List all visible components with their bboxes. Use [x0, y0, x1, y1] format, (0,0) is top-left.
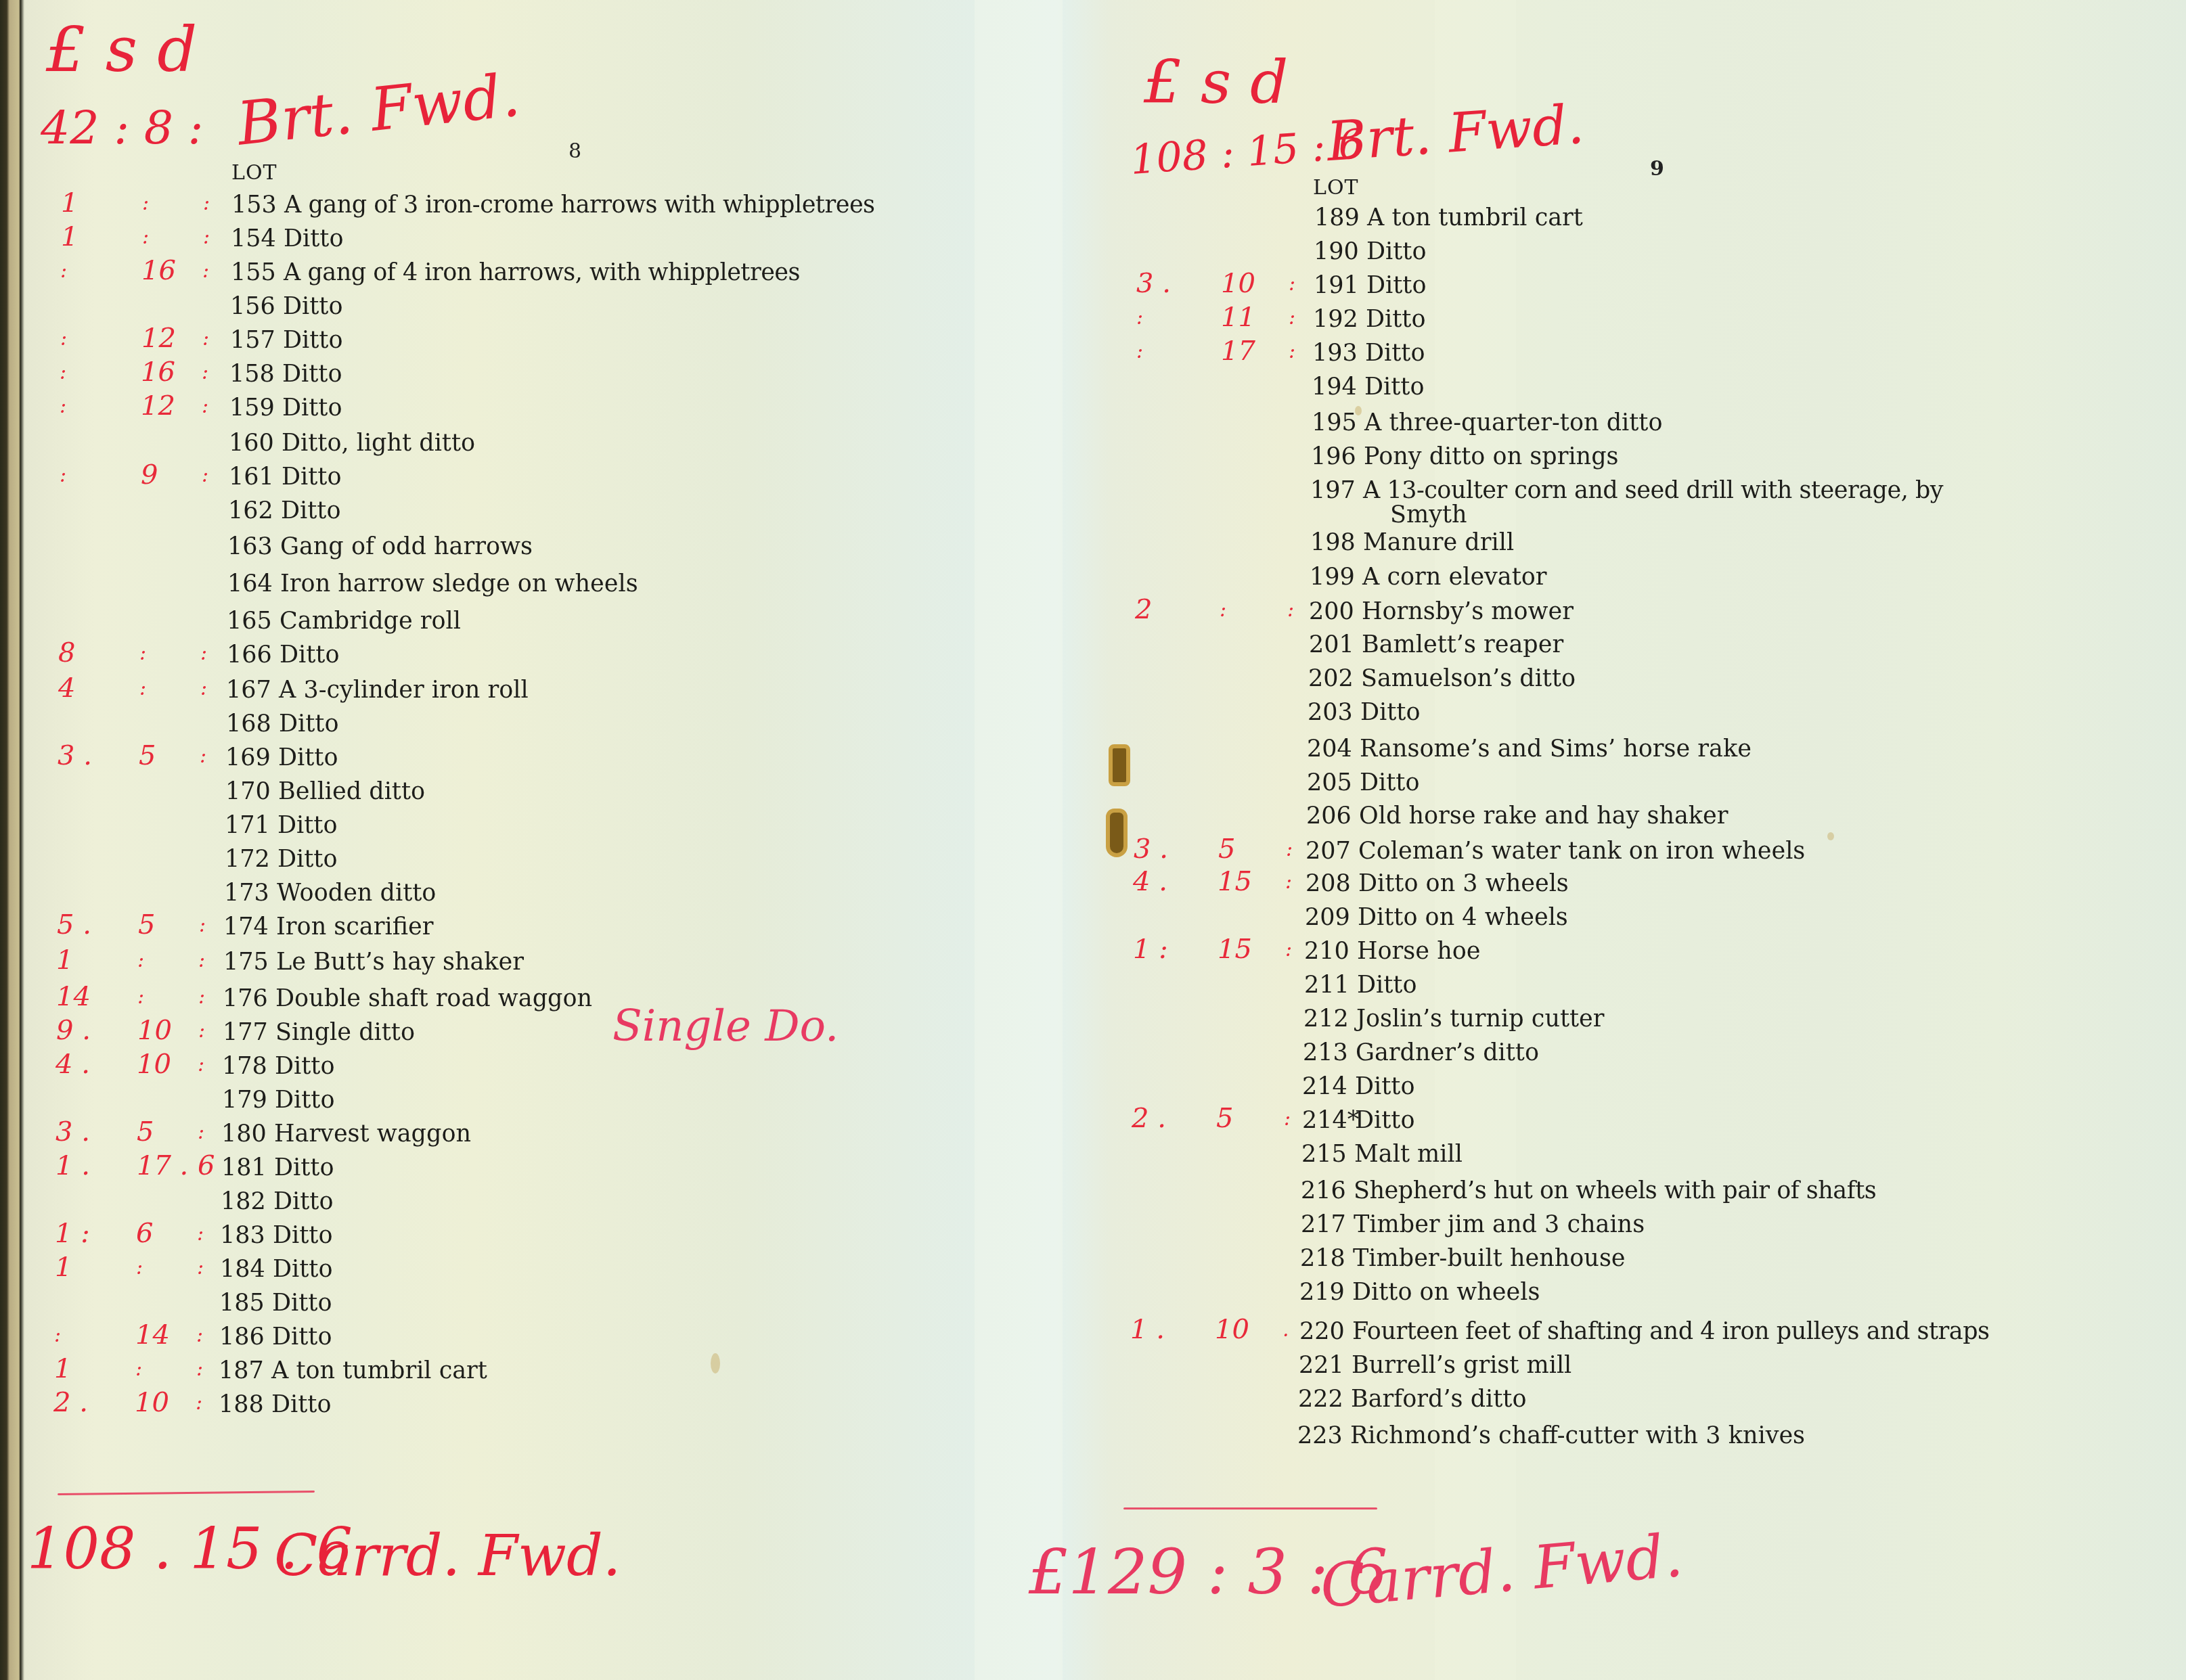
- lot-description: Ditto: [282, 394, 342, 422]
- lot-row: 165Cambridge roll: [227, 608, 461, 643]
- lot-number: 177: [223, 1019, 275, 1046]
- lot-number: 158: [229, 361, 282, 388]
- lot-row: 160Ditto, light ditto: [229, 430, 475, 465]
- lot-description: Samuelson’s ditto: [1361, 665, 1576, 692]
- lot-row: 213Gardner’s ditto: [1303, 1039, 1539, 1074]
- lot-row: 197A 13-coulter corn and seed drill with…: [1310, 477, 1943, 512]
- lot-description: A ton tumbril cart: [271, 1357, 487, 1384]
- lot-description: Horse hoe: [1357, 938, 1480, 965]
- brought-forward-label: Brt. Fwd.: [234, 60, 523, 158]
- lot-row: 178Ditto: [222, 1053, 334, 1088]
- currency-header: £ s d: [46, 14, 197, 86]
- lot-row: 215Malt mill: [1301, 1141, 1463, 1176]
- lot-number: 207: [1306, 838, 1358, 865]
- total-rule: [1123, 1507, 1377, 1509]
- lot-description: Iron scarifier: [276, 913, 433, 940]
- lot-number: 187: [219, 1357, 271, 1384]
- lot-row: 186Ditto: [219, 1323, 332, 1359]
- lot-row: 185Ditto: [219, 1290, 332, 1325]
- lot-description: A gang of 3 iron-crome harrows with whip…: [284, 191, 875, 219]
- price-pence: :: [1289, 340, 1295, 363]
- price-pounds: 2 .: [1132, 1103, 1166, 1134]
- lot-row: 154Ditto: [231, 225, 343, 260]
- lot-row: 172Ditto: [225, 846, 337, 881]
- lot-description: Ditto, light ditto: [282, 430, 475, 457]
- lot-number: 185: [219, 1290, 272, 1317]
- price-shillings: :: [142, 225, 149, 249]
- price-pounds: 3 .: [1136, 268, 1171, 299]
- lot-row: 158Ditto: [229, 361, 342, 396]
- lot-row: 156Ditto: [230, 293, 342, 328]
- lot-description: Ditto: [278, 744, 338, 771]
- price-pounds: 9 .: [56, 1015, 91, 1046]
- price-shillings: 10: [1215, 1314, 1249, 1345]
- lot-row: 170Bellied ditto: [225, 778, 425, 813]
- price-shillings: 17: [1221, 336, 1255, 367]
- lot-number: 215: [1301, 1141, 1354, 1168]
- lot-number: 209: [1305, 904, 1358, 931]
- lot-number: 168: [226, 710, 279, 737]
- lot-description: Ditto: [1360, 699, 1420, 726]
- price-pence: :: [197, 1256, 204, 1279]
- lot-row: 212Joslin’s turnip cutter: [1303, 1005, 1605, 1041]
- lot-row: 188Ditto: [219, 1391, 331, 1426]
- price-shillings: 12: [141, 323, 176, 354]
- lot-row: 163Gang of odd harrows: [227, 533, 533, 568]
- lot-row: 216Shepherd’s hut on wheels with pair of…: [1301, 1177, 1876, 1212]
- lot-number: 195: [1312, 409, 1364, 436]
- lot-number: 206: [1306, 802, 1359, 830]
- lot-number: 183: [220, 1222, 273, 1249]
- lot-number: 163: [227, 533, 280, 560]
- lot-row: 157Ditto: [230, 327, 342, 362]
- lot-row: 184Ditto: [220, 1256, 332, 1291]
- price-shillings: 11: [1221, 302, 1255, 333]
- lot-number: 222: [1298, 1386, 1351, 1413]
- lot-row: 219Ditto on wheels: [1299, 1279, 1540, 1314]
- lot-row: 217Timber jim and 3 chains: [1301, 1211, 1645, 1246]
- price-shillings: 10: [137, 1049, 171, 1080]
- lot-description: Hornsby’s mower: [1362, 598, 1574, 625]
- price-pounds: 5 .: [57, 909, 91, 940]
- lot-number: 161: [229, 463, 282, 491]
- lot-description: Timber jim and 3 chains: [1354, 1211, 1645, 1238]
- price-pence: :: [203, 225, 210, 249]
- lot-row: 201Bamlett’s reaper: [1309, 631, 1563, 666]
- lot-description: Double shaft road waggon: [275, 985, 592, 1012]
- right-page: £ s d 108 : 15 : 6 Brt. Fwd. 9 LOT 189A …: [1056, 0, 2186, 1680]
- price-pence: :: [203, 191, 210, 215]
- lot-number: 218: [1300, 1245, 1353, 1272]
- lot-description: Ditto: [273, 1256, 332, 1283]
- lot-description: Ditto: [281, 497, 340, 524]
- lot-number: 175: [223, 949, 276, 976]
- price-pence: :: [196, 1357, 203, 1381]
- price-pounds: 1: [61, 221, 78, 252]
- lot-description: Ditto: [274, 1154, 334, 1181]
- price-shillings: 10: [137, 1015, 172, 1046]
- lot-description: Ditto: [284, 225, 343, 252]
- price-pounds: 1: [54, 1353, 71, 1384]
- lot-description: Ditto: [1366, 272, 1426, 299]
- lot-number: 221: [1299, 1352, 1352, 1379]
- lot-row: 207Coleman’s water tank on iron wheels: [1306, 838, 1805, 873]
- price-pounds: 3 .: [1134, 834, 1168, 865]
- lot-row: 194Ditto: [1312, 373, 1424, 409]
- price-shillings: :: [137, 949, 144, 972]
- lot-description: Barford’s ditto: [1351, 1386, 1527, 1413]
- lot-number: 164: [227, 570, 280, 597]
- total-rule: [58, 1491, 315, 1495]
- lot-description: Ditto: [282, 463, 341, 491]
- side-note: Single Do.: [612, 1001, 839, 1051]
- lot-row: 202Samuelson’s ditto: [1308, 665, 1576, 700]
- lot-number: 205: [1307, 769, 1360, 796]
- price-shillings: :: [142, 191, 149, 215]
- lot-number: 199: [1310, 564, 1362, 591]
- lot-number: 170: [225, 778, 278, 805]
- lot-row: 175Le Butt’s hay shaker: [223, 949, 524, 984]
- price-shillings: 12: [141, 390, 175, 422]
- price-shillings: :: [136, 1256, 143, 1279]
- lot-row: 210Horse hoe: [1304, 938, 1480, 973]
- currency-header: £ s d: [1144, 47, 1288, 117]
- lot-description: Ditto: [271, 1391, 331, 1418]
- price-pounds: 1 :: [1133, 934, 1168, 965]
- lot-description: Le Butt’s hay shaker: [276, 949, 524, 976]
- lot-number: 198: [1310, 529, 1363, 556]
- price-shillings: 5: [1218, 834, 1235, 865]
- lot-number: 210: [1304, 938, 1357, 965]
- lot-row: 220Fourteen feet of shafting and 4 iron …: [1299, 1318, 1990, 1353]
- lot-row: 189A ton tumbril cart: [1314, 204, 1583, 240]
- lot-description: Ditto: [1364, 373, 1424, 401]
- price-pence: :: [202, 259, 209, 283]
- lot-row: 173Wooden ditto: [224, 880, 436, 915]
- price-pounds: 1 .: [1130, 1314, 1165, 1345]
- lot-row: 200Hornsby’s mower: [1309, 598, 1574, 633]
- lot-row: 169Ditto: [225, 744, 338, 779]
- lot-row: 159Ditto: [229, 394, 342, 430]
- lot-number: 178: [222, 1053, 275, 1080]
- price-pounds: :: [54, 1323, 61, 1347]
- lot-description: Ditto: [283, 327, 342, 354]
- price-pounds: :: [60, 327, 67, 350]
- price-pence: :: [202, 394, 208, 418]
- lot-description: A ton tumbril cart: [1367, 204, 1583, 231]
- lot-number: 189: [1314, 204, 1367, 231]
- lot-description: Ditto: [1357, 972, 1417, 999]
- lot-number: 223: [1297, 1422, 1350, 1449]
- price-shillings: 5: [139, 740, 156, 771]
- lot-description: Gardner’s ditto: [1356, 1039, 1539, 1066]
- lot-row: 179Ditto: [222, 1087, 334, 1122]
- price-pence: :: [200, 677, 207, 700]
- page-number: 9: [1650, 157, 1664, 181]
- lot-description: Ditto: [277, 846, 337, 873]
- lot-number: 203: [1308, 699, 1360, 726]
- price-shillings: :: [137, 985, 144, 1009]
- lot-description: Ditto: [1355, 1107, 1414, 1134]
- price-pounds: 2 .: [53, 1387, 88, 1418]
- lot-row: 191Ditto: [1314, 272, 1426, 307]
- left-page: £ s d 42 : 8 : Brt. Fwd. 8 LOT 153A gang…: [0, 0, 1056, 1680]
- lot-number: 154: [231, 225, 284, 252]
- lot-number: 157: [230, 327, 283, 354]
- lot-number: 162: [228, 497, 281, 524]
- price-pounds: 14: [56, 981, 91, 1012]
- lot-number: 213: [1303, 1039, 1356, 1066]
- lot-number: 159: [229, 394, 282, 422]
- lot-number: 204: [1307, 735, 1360, 763]
- lot-row: 177Single ditto: [223, 1019, 415, 1054]
- lot-row: 203Ditto: [1308, 699, 1420, 734]
- lot-row: 198Manure drill: [1310, 529, 1514, 564]
- lot-description: Ditto: [1366, 238, 1426, 265]
- lot-number: 194: [1312, 373, 1364, 401]
- brought-forward-amount: 42 : 8 :: [41, 101, 203, 155]
- price-shillings: 9: [141, 459, 158, 491]
- lot-number: 165: [227, 608, 280, 635]
- lot-row: 204Ransome’s and Sims’ horse rake: [1307, 735, 1752, 771]
- lot-row: 182Ditto: [221, 1188, 333, 1223]
- lot-description: Manure drill: [1363, 529, 1514, 556]
- price-pence: :: [1284, 1107, 1291, 1131]
- lot-description: Ditto: [275, 1053, 334, 1080]
- lot-number: 196: [1311, 443, 1364, 470]
- price-pence: :: [202, 327, 209, 350]
- lot-number: 192: [1313, 306, 1366, 333]
- price-pounds: :: [60, 463, 66, 487]
- lot-row: 190Ditto: [1314, 238, 1426, 273]
- page-number: 8: [568, 139, 581, 163]
- price-pence: :: [198, 1120, 204, 1144]
- price-pounds: 4 .: [1133, 866, 1167, 897]
- lot-number: 180: [221, 1120, 274, 1148]
- lot-description: Ditto: [1355, 1073, 1414, 1100]
- price-pence: :: [197, 1222, 204, 1246]
- lot-row: 187A ton tumbril cart: [219, 1357, 487, 1392]
- lot-description: Bamlett’s reaper: [1362, 631, 1563, 658]
- price-pence: :: [1287, 598, 1294, 622]
- price-shillings: 5: [137, 1116, 154, 1148]
- lot-number: 179: [222, 1087, 275, 1114]
- lot-description: Ditto on 4 wheels: [1358, 904, 1568, 931]
- lot-description: Ditto: [279, 710, 338, 737]
- price-pounds: 4 .: [55, 1049, 90, 1080]
- price-shillings: 15: [1218, 934, 1252, 965]
- lot-description: Cambridge roll: [280, 608, 461, 635]
- lot-description: A corn elevator: [1362, 564, 1547, 591]
- lot-row: 206Old horse rake and hay shaker: [1306, 802, 1728, 838]
- lot-number: 216: [1301, 1177, 1354, 1204]
- lot-description: A three-quarter-ton ditto: [1364, 409, 1662, 436]
- lot-description: Shepherd’s hut on wheels with pair of sh…: [1354, 1177, 1876, 1204]
- lot-number: 191: [1314, 272, 1366, 299]
- lot-description: Ditto: [272, 1323, 332, 1350]
- price-pence: :: [202, 463, 208, 487]
- lot-description: Burrell’s grist mill: [1352, 1352, 1571, 1379]
- lot-number: 176: [223, 985, 275, 1012]
- lot-row: 221Burrell’s grist mill: [1299, 1352, 1571, 1387]
- lot-number: 169: [225, 744, 278, 771]
- lot-row: 171Ditto: [225, 812, 337, 847]
- price-pence: :: [198, 1053, 204, 1076]
- lot-description: Ditto: [1360, 769, 1419, 796]
- carried-forward-label: Carrd. Fwd.: [274, 1522, 621, 1589]
- lot-number: 155: [231, 259, 284, 286]
- lot-description: Timber-built henhouse: [1353, 1245, 1626, 1272]
- lot-description: Ransome’s and Sims’ horse rake: [1360, 735, 1752, 763]
- brought-forward-label: Brt. Fwd.: [1324, 93, 1586, 173]
- lot-description: Ditto: [275, 1087, 334, 1114]
- price-shillings: :: [135, 1357, 142, 1381]
- lot-number: 211: [1304, 972, 1357, 999]
- lot-description: Ditto: [272, 1290, 332, 1317]
- lot-row: 218Timber-built henhouse: [1300, 1245, 1626, 1280]
- lot-number: 171: [225, 812, 277, 839]
- lot-row: 166Ditto: [227, 641, 339, 677]
- lot-number: 186: [219, 1323, 272, 1350]
- lot-row: 222Barford’s ditto: [1298, 1386, 1527, 1421]
- lot-row: 183Ditto: [220, 1222, 332, 1257]
- lot-row: 153A gang of 3 iron-crome harrows with w…: [231, 191, 875, 227]
- lot-number: 167: [226, 677, 279, 704]
- lot-description: Ditto: [273, 1188, 333, 1215]
- lot-number: 188: [219, 1391, 271, 1418]
- price-pence: :: [1285, 870, 1292, 894]
- lot-number: 160: [229, 430, 282, 457]
- lot-row: 211Ditto: [1304, 972, 1417, 1007]
- price-pounds: 1: [55, 1252, 72, 1283]
- lot-column-header: LOT: [231, 161, 277, 185]
- price-shillings: 6: [136, 1218, 153, 1249]
- lot-number: 173: [224, 880, 277, 907]
- lot-description: A 3-cylinder iron roll: [279, 677, 529, 704]
- price-shillings: 10: [135, 1387, 169, 1418]
- price-pounds: 1 :: [55, 1218, 90, 1249]
- lot-row: 193Ditto: [1312, 340, 1425, 375]
- price-pounds: :: [60, 361, 66, 384]
- lot-description: Coleman’s water tank on iron wheels: [1358, 838, 1805, 865]
- lot-row: 214*Ditto: [1302, 1107, 1414, 1142]
- price-pence: :: [199, 913, 206, 937]
- price-shillings: 5: [138, 909, 155, 940]
- lot-description-continuation: Smyth: [1390, 501, 1467, 528]
- price-pence: :: [200, 744, 206, 768]
- price-pounds: 1: [61, 187, 78, 219]
- lot-row: 195A three-quarter-ton ditto: [1312, 409, 1662, 445]
- price-pounds: :: [1136, 340, 1143, 363]
- price-pence: :: [1285, 938, 1292, 961]
- lot-number: 214*: [1302, 1107, 1355, 1134]
- lot-description: Ditto: [273, 1222, 332, 1249]
- lot-row: 214Ditto: [1302, 1073, 1414, 1108]
- lot-row: 161Ditto: [229, 463, 341, 499]
- lot-number: 197: [1310, 477, 1363, 504]
- lot-row: 176Double shaft road waggon: [223, 985, 592, 1020]
- price-pounds: :: [1136, 306, 1143, 330]
- price-pounds: :: [60, 259, 67, 283]
- lot-row: 196Pony ditto on springs: [1311, 443, 1619, 478]
- lot-row: 174Iron scarifier: [223, 913, 433, 949]
- lot-row: 192Ditto: [1313, 306, 1425, 341]
- lot-number: 184: [220, 1256, 273, 1283]
- price-pence: :: [198, 1019, 205, 1043]
- price-pence: :: [198, 985, 205, 1009]
- lot-number: 182: [221, 1188, 273, 1215]
- price-shillings: :: [139, 641, 146, 665]
- price-shillings: 16: [141, 357, 175, 388]
- price-pence: :: [1286, 838, 1293, 861]
- price-pence: :: [1289, 306, 1295, 330]
- lot-row: 167A 3-cylinder iron roll: [226, 677, 529, 712]
- lot-description: Wooden ditto: [277, 880, 436, 907]
- lot-number: 201: [1309, 631, 1362, 658]
- lot-number: 190: [1314, 238, 1366, 265]
- lot-row: 162Ditto: [228, 497, 340, 532]
- lot-number: 200: [1309, 598, 1362, 625]
- price-pence: :: [1289, 272, 1295, 296]
- lot-description: Single ditto: [275, 1019, 415, 1046]
- price-pounds: 1 .: [55, 1150, 90, 1181]
- price-pounds: 1: [56, 945, 73, 976]
- lot-row: 209Ditto on 4 wheels: [1305, 904, 1568, 939]
- lot-row: 168Ditto: [226, 710, 338, 746]
- lot-description: Ditto on wheels: [1352, 1279, 1540, 1306]
- lot-row: 164Iron harrow sledge on wheels: [227, 570, 638, 606]
- lot-description: Ditto: [1366, 306, 1425, 333]
- price-pounds: 4: [58, 673, 75, 704]
- lot-description: Ditto: [282, 361, 342, 388]
- lot-row: 208Ditto on 3 wheels: [1306, 870, 1569, 905]
- lot-description: Ditto: [1365, 340, 1425, 367]
- lot-number: 219: [1299, 1279, 1352, 1306]
- lot-description: Ditto on 3 wheels: [1358, 870, 1569, 897]
- lot-description: Ditto: [283, 293, 342, 320]
- lot-number: 181: [221, 1154, 274, 1181]
- lot-description: A 13-coulter corn and seed drill with st…: [1363, 477, 1943, 504]
- lot-description: Bellied ditto: [278, 778, 425, 805]
- price-pounds: :: [60, 394, 66, 418]
- price-shillings: :: [139, 677, 146, 700]
- lot-number: 174: [223, 913, 276, 940]
- lot-row: 205Ditto: [1307, 769, 1419, 804]
- price-shillings: 5: [1216, 1103, 1233, 1134]
- lot-column-header: LOT: [1313, 176, 1359, 200]
- price-shillings: 16: [141, 255, 176, 286]
- price-shillings: 14: [135, 1319, 170, 1350]
- lot-description: Joslin’s turnip cutter: [1356, 1005, 1605, 1032]
- price-pence: 6: [198, 1150, 215, 1181]
- lot-number: 193: [1312, 340, 1365, 367]
- lot-number: 208: [1306, 870, 1358, 897]
- lot-number: 214: [1302, 1073, 1355, 1100]
- lot-number: 153: [231, 191, 284, 219]
- lot-number: 212: [1303, 1005, 1356, 1032]
- lot-description: Gang of odd harrows: [280, 533, 533, 560]
- lot-row: 223Richmond’s chaff-cutter with 3 knives: [1297, 1422, 1805, 1457]
- lot-row: 155A gang of 4 iron harrows, with whippl…: [231, 259, 800, 294]
- price-pounds: 3 .: [58, 740, 92, 771]
- price-pounds: 8: [58, 637, 75, 668]
- price-pence: :: [198, 949, 205, 972]
- lot-description: Fourteen feet of shafting and 4 iron pul…: [1352, 1318, 1990, 1345]
- lot-description: Old horse rake and hay shaker: [1359, 802, 1728, 830]
- lot-number: 156: [230, 293, 283, 320]
- lot-description: Richmond’s chaff-cutter with 3 knives: [1350, 1422, 1805, 1449]
- lot-number: 202: [1308, 665, 1361, 692]
